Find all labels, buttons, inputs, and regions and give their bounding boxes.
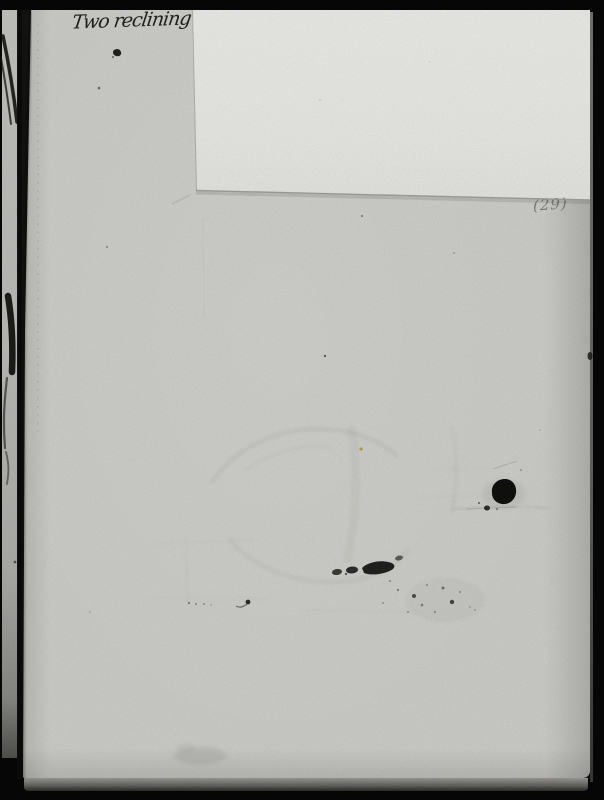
facing-page-edge [2, 10, 18, 758]
inserted-white-sheet [192, 10, 590, 200]
photo-of-sketchbook-page: Two reclining (29) [0, 0, 604, 800]
page-block-edge [590, 12, 593, 782]
page-bottom-edges [24, 778, 588, 791]
folio-number: (29) [533, 193, 583, 215]
